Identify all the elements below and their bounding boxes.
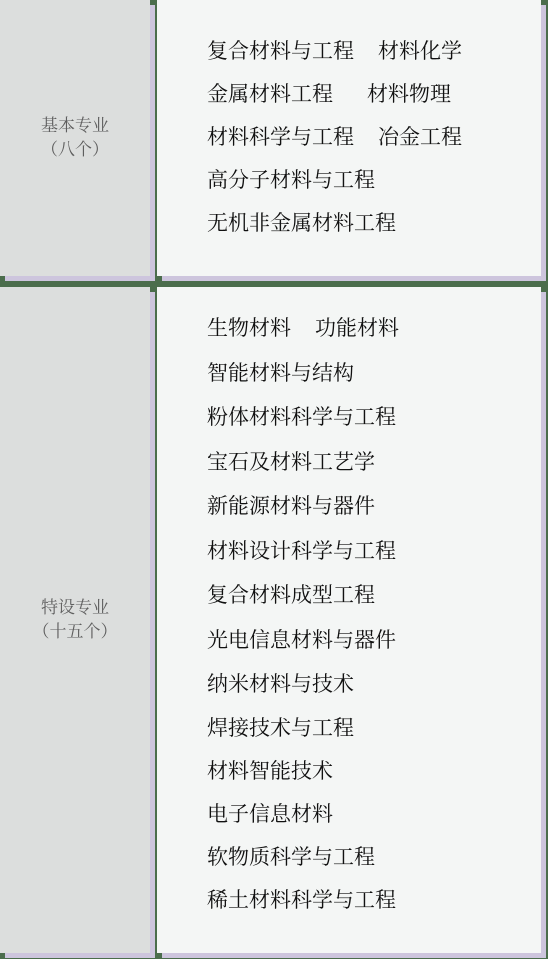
- section-title: 特设专业: [41, 596, 109, 620]
- list-row: 复合材料与工程 材料化学: [207, 30, 541, 73]
- list-item: 材料智能技术: [207, 750, 333, 793]
- list-item: 焊接技术与工程: [207, 707, 354, 750]
- list-row: 软物质科学与工程: [207, 836, 541, 879]
- list-row: 宝石及材料工艺学: [207, 440, 541, 485]
- list-item: 材料设计科学与工程: [207, 529, 396, 574]
- list-row: 金属材料工程 材料物理: [207, 73, 541, 116]
- section-count: （十五个）: [33, 620, 118, 644]
- list-row: 焊接技术与工程: [207, 707, 541, 750]
- list-item: 宝石及材料工艺学: [207, 440, 375, 485]
- list-row: 智能材料与结构: [207, 351, 541, 396]
- list-item: 粉体材料科学与工程: [207, 395, 396, 440]
- section-count: （八个）: [41, 138, 109, 162]
- list-row: 新能源材料与器件: [207, 484, 541, 529]
- section-label-special: 特设专业 （十五个）: [0, 287, 150, 953]
- list-item: 稀土材料科学与工程: [207, 879, 396, 922]
- section-list-basic: 复合材料与工程 材料化学 金属材料工程 材料物理 材料科学与工程 冶金工程 高分…: [157, 0, 541, 276]
- list-item: 材料化学: [378, 30, 462, 73]
- list-item: 材料物理: [367, 73, 451, 116]
- list-item: 冶金工程: [378, 116, 462, 159]
- list-row: 稀土材料科学与工程: [207, 879, 541, 922]
- list-item: 智能材料与结构: [207, 351, 354, 396]
- majors-table: 基本专业 （八个） 复合材料与工程 材料化学 金属材料工程 材料物理 材料科学与…: [0, 0, 548, 959]
- list-row: 纳米材料与技术: [207, 662, 541, 707]
- list-item: 纳米材料与技术: [207, 662, 354, 707]
- list-row: 材料科学与工程 冶金工程: [207, 116, 541, 159]
- list-item: 复合材料与工程: [207, 30, 354, 73]
- list-row: 电子信息材料: [207, 793, 541, 836]
- list-row: 无机非金属材料工程: [207, 202, 541, 245]
- list-item: 高分子材料与工程: [207, 159, 375, 202]
- list-item: 软物质科学与工程: [207, 836, 375, 879]
- list-row: 高分子材料与工程: [207, 159, 541, 202]
- list-item: 复合材料成型工程: [207, 573, 375, 618]
- section-list-special: 生物材料 功能材料 智能材料与结构 粉体材料科学与工程 宝石及材料工艺学 新能源…: [157, 287, 541, 953]
- list-row: 粉体材料科学与工程: [207, 395, 541, 440]
- section-title: 基本专业: [41, 114, 109, 138]
- list-item: 材料科学与工程: [207, 116, 354, 159]
- list-item: 金属材料工程: [207, 73, 333, 116]
- list-item: 光电信息材料与器件: [207, 618, 396, 663]
- list-row: 材料智能技术: [207, 750, 541, 793]
- list-item: 生物材料: [207, 306, 291, 351]
- section-label-basic: 基本专业 （八个）: [0, 0, 150, 276]
- list-row: 材料设计科学与工程: [207, 529, 541, 574]
- list-item: 新能源材料与器件: [207, 484, 375, 529]
- list-item: 功能材料: [315, 306, 399, 351]
- list-item: 无机非金属材料工程: [207, 202, 396, 245]
- list-row: 生物材料 功能材料: [207, 306, 541, 351]
- list-item: 电子信息材料: [207, 793, 333, 836]
- list-row: 光电信息材料与器件: [207, 618, 541, 663]
- list-row: 复合材料成型工程: [207, 573, 541, 618]
